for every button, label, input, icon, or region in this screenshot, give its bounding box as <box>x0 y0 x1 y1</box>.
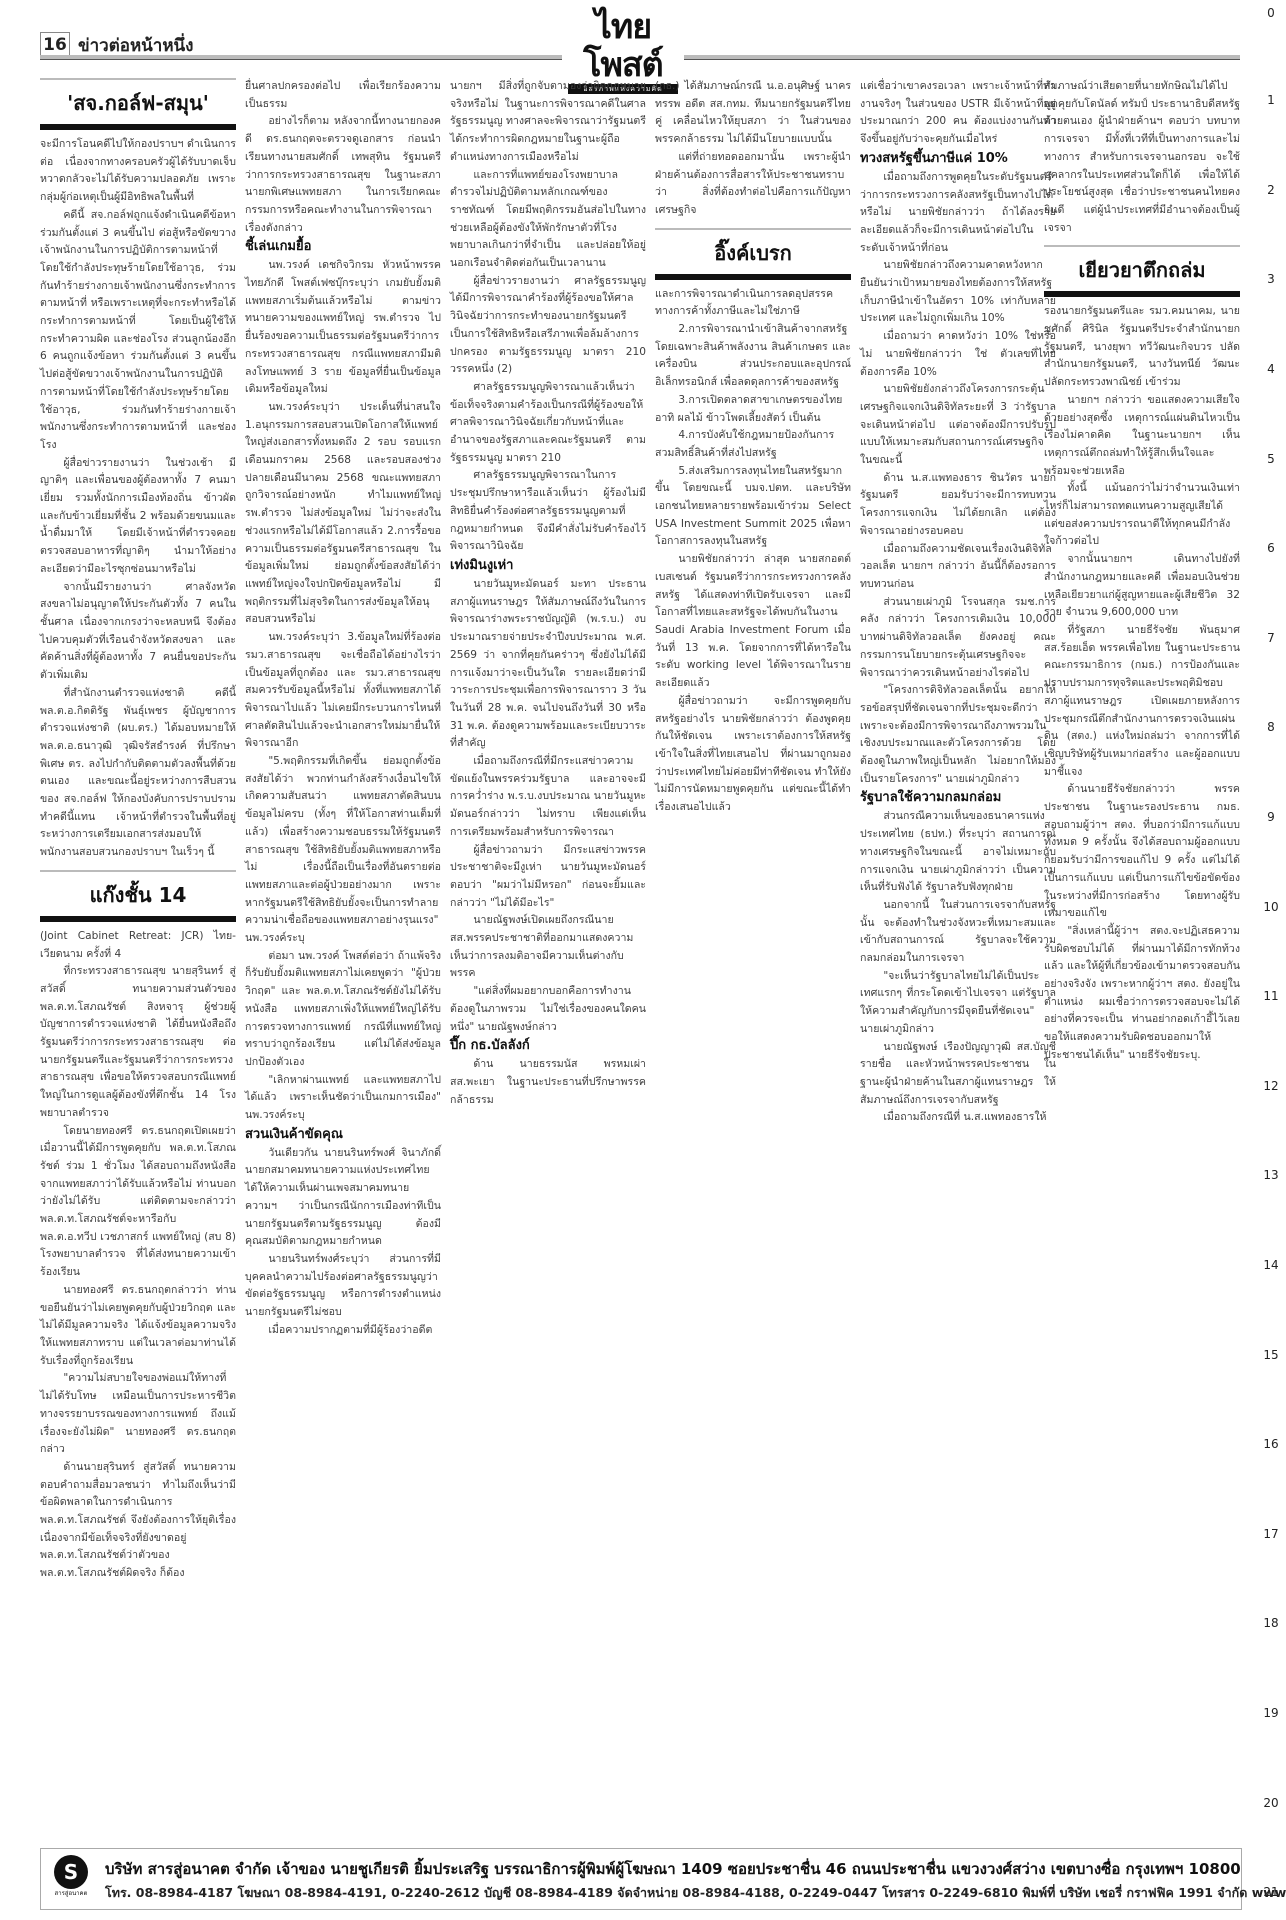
paragraph: นพ.วรงค์ระบุว่า 3.ข้อมูลใหม่ที่ร้องต่อ ร… <box>245 629 441 753</box>
divider <box>1044 291 1240 297</box>
paragraph: ที่รัฐสภา นายธีรัจชัย พันธุมาศ สส.ร้อยเอ… <box>1044 622 1240 781</box>
paragraph: ด้านนายสุรินทร์ สู่สวัสดิ์ ทนายความตอบคำ… <box>40 1459 236 1583</box>
paragraph: นายณัฐพงษ์เปิดเผยถึงกรณีนายสส.พรรคประชาช… <box>450 912 646 983</box>
subhead-theng-min-ngu-hao: เท่งมินงูเห่า <box>450 557 646 575</box>
page-ruler: 0 1 2 3 4 5 6 7 8 9 10 11 12 13 14 15 16… <box>1256 0 1286 1920</box>
ruler-mark: 0 <box>1256 6 1286 20</box>
newspaper-logo: ไทยโพสต์ อิสรภาพแห่งความคิด <box>562 8 684 64</box>
paragraph: ยื่นศาลปกครองต่อไป เพื่อเรียกร้องความเป็… <box>245 78 441 113</box>
paragraph: ที่สำนักงานตำรวจแห่งชาติ คดีนี้ พล.ต.อ.ก… <box>40 685 236 862</box>
ruler-mark: 5 <box>1256 452 1286 466</box>
paragraph: เมื่อถามว่า คาดหวังว่า 10% ใช่หรือไม่ นา… <box>860 328 1056 381</box>
divider <box>40 916 236 922</box>
ruler-mark: 20 <box>1256 1796 1286 1810</box>
paragraph: ส่วนกรณีความเห็นของธนาคารแห่งประเทศไทย (… <box>860 808 1056 897</box>
paragraph: 3.การเปิดตลาดสาขาเกษตรของไทย อาทิ ผลไม้ … <box>655 392 851 427</box>
ruler-mark: 9 <box>1256 810 1286 824</box>
paragraph: ด้านนายธีรัจชัยกล่าวว่า พรรคประชาชน ในฐา… <box>1044 781 1240 923</box>
paragraph: คดีนี้ สจ.กอล์ฟถูกแจ้งดำเนินคดีข้อหาร่วม… <box>40 207 236 455</box>
subhead-suan-ngoen: สวนเงินค้าขัดคุณ <box>245 1126 441 1144</box>
paragraph: จะมีการโอนคดีไปให้กองปราบฯ ดำเนินการต่อ … <box>40 136 236 207</box>
paragraph: อย่างไรก็ตาม หลังจากนี้ทางนายกองคดี ดร.ธ… <box>245 113 441 237</box>
ruler-mark: 7 <box>1256 631 1286 645</box>
headline-box: เยียวยาตึกถล่ม <box>1044 245 1240 297</box>
column-2: ยื่นศาลปกครองต่อไป เพื่อเรียกร้องความเป็… <box>245 78 441 1340</box>
paragraph: "สิ่งเหล่านี้ผู้ว่าฯ สตง.จะปฏิเสธความรับ… <box>1044 923 1240 1065</box>
paragraph: ส่วนนายเผ่าภูมิ โรจนสกุล รมช.การคลัง กล่… <box>860 594 1056 683</box>
column-6: สัมภาษณ์ว่าเสียดายที่นายทักษิณไม่ได้ไปพู… <box>1044 78 1240 1065</box>
publisher-line: บริษัท สารสู่อนาคต จำกัด เจ้าของ นายชูเก… <box>105 1857 1241 1881</box>
paragraph: เมื่อถามถึงกรณีที่มีกระแสข่าวความขัดแย้ง… <box>450 753 646 842</box>
headline-golf-samun: 'สจ.กอล์ฟ-สมุน' <box>40 88 236 118</box>
ruler-mark: 14 <box>1256 1258 1286 1272</box>
contact-line: โทร. 08-8984-4187 โฆษณา 08-8984-4191, 0-… <box>105 1883 1286 1903</box>
divider <box>655 228 851 230</box>
ruler-mark: 18 <box>1256 1616 1286 1630</box>
ruler-mark: 2 <box>1256 183 1286 197</box>
divider <box>655 274 851 280</box>
paragraph: ที่กระทรวงสาธารณสุข นายสุรินทร์ สู่สวัสด… <box>40 963 236 1122</box>
paragraph: "เลิกหาผ่านแพทย์ และแพทยสภาไปได้แล้ว เพร… <box>245 1072 441 1125</box>
paragraph: นายนรินทร์พงศ์ระบุว่า ส่วนการที่มีบุคคลน… <box>245 1251 441 1322</box>
emblem-caption: สารสู่อนาคต <box>51 1889 91 1899</box>
ruler-mark: 13 <box>1256 1168 1286 1182</box>
paragraph: ทั้งนี้ แม้นอกว่าไม่ว่าจำนวนเงินเท่าไหร่… <box>1044 480 1240 551</box>
emblem-circle: S <box>54 1855 88 1889</box>
headline-yiaoya: เยียวยาตึกถล่ม <box>1044 255 1240 285</box>
ruler-mark: 19 <box>1256 1706 1286 1720</box>
ruler-mark: 8 <box>1256 720 1286 734</box>
paragraph: เมื่อถามถึงความชัดเจนเรื่องเงินดิจิทัลวอ… <box>860 541 1056 594</box>
paragraph: นายทองศรี ดร.ธนกฤตกล่าวว่า ท่านขอยืนยันว… <box>40 1282 236 1371</box>
paragraph: รองนายกรัฐมนตรีและ รมว.คมนาคม, นายชูศักด… <box>1044 303 1240 392</box>
paragraph: (Joint Cabinet Retreat: JCR) ไทย-เวียดนา… <box>40 928 236 963</box>
subhead-chi-len-game-yue: ชี้เล่นเกมยื้อ <box>245 238 441 256</box>
ruler-mark: 1 <box>1256 93 1286 107</box>
divider <box>40 870 236 872</box>
headline-kaeng-chan-14: แก๊งชั้น 14 <box>40 880 236 910</box>
ruler-mark: 10 <box>1256 900 1286 914</box>
paragraph: นายกฯ กล่าวว่า ขอแสดงความเสียใจด้วยอย่าง… <box>1044 392 1240 481</box>
ruler-mark: 17 <box>1256 1527 1286 1541</box>
subhead-thuang-sahorat: ทวงสหรัฐขึ้นภาษีแค่ 10% <box>860 150 1056 168</box>
paragraph: นายพิชัยยังกล่าวถึงโครงการกระตุ้นเศรษฐกิ… <box>860 381 1056 470</box>
paragraph: ผู้สื่อข่าวถามว่า จะมีการพูดคุยกับสหรัฐอ… <box>655 693 851 817</box>
ruler-mark: 11 <box>1256 989 1286 1003</box>
paragraph: นายวันมูหะมัดนอร์ มะทา ประธานสภาผู้แทนรา… <box>450 576 646 753</box>
ruler-mark: 4 <box>1256 362 1286 376</box>
headline-box: อิ๊งค์เบรก <box>655 228 851 280</box>
paragraph: "จะเห็นว่ารัฐบาลไทยไม่ได้เป็นประเทศแรกๆ … <box>860 968 1056 1039</box>
column-5: แต่เชื่อว่าเขาคงรอเวลา เพราะเจ้าหน้าที่ท… <box>860 78 1056 1127</box>
paragraph: ต่อมา นพ.วรงค์ โพสต์ต่อว่า ถ้าแพ้จริงก็ร… <box>245 948 441 1072</box>
subhead-puek-kt-banlang: ปึ๊ก กธ.บัลลังก์ <box>450 1037 646 1055</box>
paragraph: ด้าน นายธรรมนัส พรหมเผ่า สส.พะเยา ในฐานะ… <box>450 1056 646 1109</box>
divider <box>40 78 236 80</box>
paragraph: ศาลรัฐธรรมนูญพิจารณาในการประชุมปรึกษาหาร… <box>450 467 646 556</box>
paragraph: เมื่อถามถึงกรณีที่ น.ส.แพทองธารให้ <box>860 1109 1056 1127</box>
paragraph: และการที่แพทย์ของโรงพยาบาลตำรวจไม่ปฏิบัต… <box>450 167 646 273</box>
paragraph: นายกฯ มีสิ่งที่ถูกจับตามองว่าผิดกฎหมายจร… <box>450 78 646 167</box>
paragraph: วันเดียวกัน นายนรินทร์พงศ์ จินาภักดิ์ นา… <box>245 1145 441 1251</box>
headline-box: 'สจ.กอล์ฟ-สมุน' <box>40 78 236 130</box>
paragraph: ศาลรัฐธรรมนูญพิจารณาแล้วเห็นว่า ข้อเท็จจ… <box>450 379 646 468</box>
publisher-emblem-icon: S สารสู่อนาคต <box>51 1855 91 1903</box>
paragraph: "5.พฤติกรรมที่เกิดขึ้น ย่อมถูกตั้งข้อสงส… <box>245 753 441 948</box>
ruler-mark: 16 <box>1256 1437 1286 1451</box>
paragraph: "โครงการดิจิทัลวอลเล็ตนั้น อยากให้รอข้อส… <box>860 682 1056 788</box>
paragraph: นอกจากนี้ ในส่วนการเจรจากับสหรัฐนั้น จะต… <box>860 897 1056 968</box>
paragraph: 4.การบังคับใช้กฎหมายป้องกันการสวมสิทธิ์ส… <box>655 427 851 462</box>
headline-box: แก๊งชั้น 14 <box>40 870 236 922</box>
paragraph: เมื่อถามถึงการพูดคุยในระดับรัฐมนตรีว่ากา… <box>860 169 1056 258</box>
paragraph: และการพิจารณาดำเนินการลดอุปสรรคทางการค้า… <box>655 286 851 321</box>
headline-ingbreak: อิ๊งค์เบรก <box>655 238 851 268</box>
column-4: (กธ.) ได้สัมภาษณ์กรณี น.อ.อนุศิษฐ์ นาครท… <box>655 78 851 817</box>
paragraph: จากนั้นมีรายงานว่า ศาลจังหวัดสงขลาไม่อนุ… <box>40 579 236 685</box>
paragraph: นพ.วรงค์ระบุว่า ประเด็นที่น่าสนใจ 1.อนุก… <box>245 399 441 629</box>
subhead-klomklom: รัฐบาลใช้ความกลมกล่อม <box>860 789 1056 807</box>
ruler-mark: 21 <box>1256 1885 1286 1899</box>
paragraph: แต่ที่ถ่ายทอดออกมานั้น เพราะผู้นำฝ่ายค้า… <box>655 149 851 220</box>
paragraph: ผู้สื่อข่าวรายงานว่า ศาลรัฐธรรมนูญได้มีก… <box>450 273 646 379</box>
paragraph: นายณัฐพงษ์ เรืองปัญญาวุฒิ สส.บัญชีรายชื่… <box>860 1039 1056 1110</box>
paragraph: "แต่สิ่งที่ผมอยากบอกคือการทำงานต้องดูในภ… <box>450 983 646 1036</box>
divider <box>1044 245 1240 247</box>
paragraph: ด้าน น.ส.แพทองธาร ชินวัตร นายกรัฐมนตรี ย… <box>860 470 1056 541</box>
newspaper-page: 16 ข่าวต่อหน้าหนึ่ง ไทยโพสต์ อิสรภาพแห่ง… <box>0 0 1286 1920</box>
paragraph: โดยนายทองศรี ดร.ธนกฤตเปิดเผยว่า เมื่อวาน… <box>40 1123 236 1282</box>
paragraph: จากนั้นนายกฯ เดินทางไปยังที่สำนักงานกฎหม… <box>1044 551 1240 622</box>
paragraph: 5.ส่งเสริมการลงทุนไทยในสหรัฐมากขึ้น โดยข… <box>655 463 851 552</box>
column-3: นายกฯ มีสิ่งที่ถูกจับตามองว่าผิดกฎหมายจร… <box>450 78 646 1109</box>
paragraph: ผู้สื่อข่าวรายงานว่า ในช่วงเช้า มีญาติๆ … <box>40 455 236 579</box>
ruler-mark: 3 <box>1256 272 1286 286</box>
paragraph: สัมภาษณ์ว่าเสียดายที่นายทักษิณไม่ได้ไปพู… <box>1044 78 1240 237</box>
paragraph: เมื่อความปรากฏตามที่มีผู้ร้องว่าอดีต <box>245 1322 441 1340</box>
divider <box>40 124 236 130</box>
ruler-mark: 12 <box>1256 1079 1286 1093</box>
logo-wordmark: ไทยโพสต์ <box>562 8 684 84</box>
paragraph: นายพิชัยกล่าวถึงความคาดหวังหากยืนยันว่าเ… <box>860 257 1056 328</box>
paragraph: ผู้สื่อข่าวถามว่า มีกระแสข่าวพรรคประชาชา… <box>450 842 646 913</box>
paragraph: แต่เชื่อว่าเขาคงรอเวลา เพราะเจ้าหน้าที่ท… <box>860 78 1056 149</box>
column-1: 'สจ.กอล์ฟ-สมุน' จะมีการโอนคดีไปให้กองปรา… <box>40 78 236 1583</box>
paragraph: 2.การพิจารณานำเข้าสินค้าจากสหรัฐ โดยเฉพา… <box>655 321 851 392</box>
ruler-mark: 15 <box>1256 1348 1286 1362</box>
paragraph: นพ.วรงค์ เดชกิจวิกรม หัวหน้าพรรคไทยภักดี… <box>245 257 441 399</box>
publisher-imprint: S สารสู่อนาคต บริษัท สารสู่อนาคต จำกัด เ… <box>40 1848 1242 1910</box>
paragraph: "ความไม่สบายใจของพ่อแม่ให้ทางที่ไม่ได้รั… <box>40 1370 236 1459</box>
paragraph: นายพิชัยกล่าวว่า ล่าสุด นายสกอตต์ เบสเซน… <box>655 551 851 693</box>
ruler-mark: 6 <box>1256 541 1286 555</box>
paragraph: (กธ.) ได้สัมภาษณ์กรณี น.อ.อนุศิษฐ์ นาครท… <box>655 78 851 149</box>
